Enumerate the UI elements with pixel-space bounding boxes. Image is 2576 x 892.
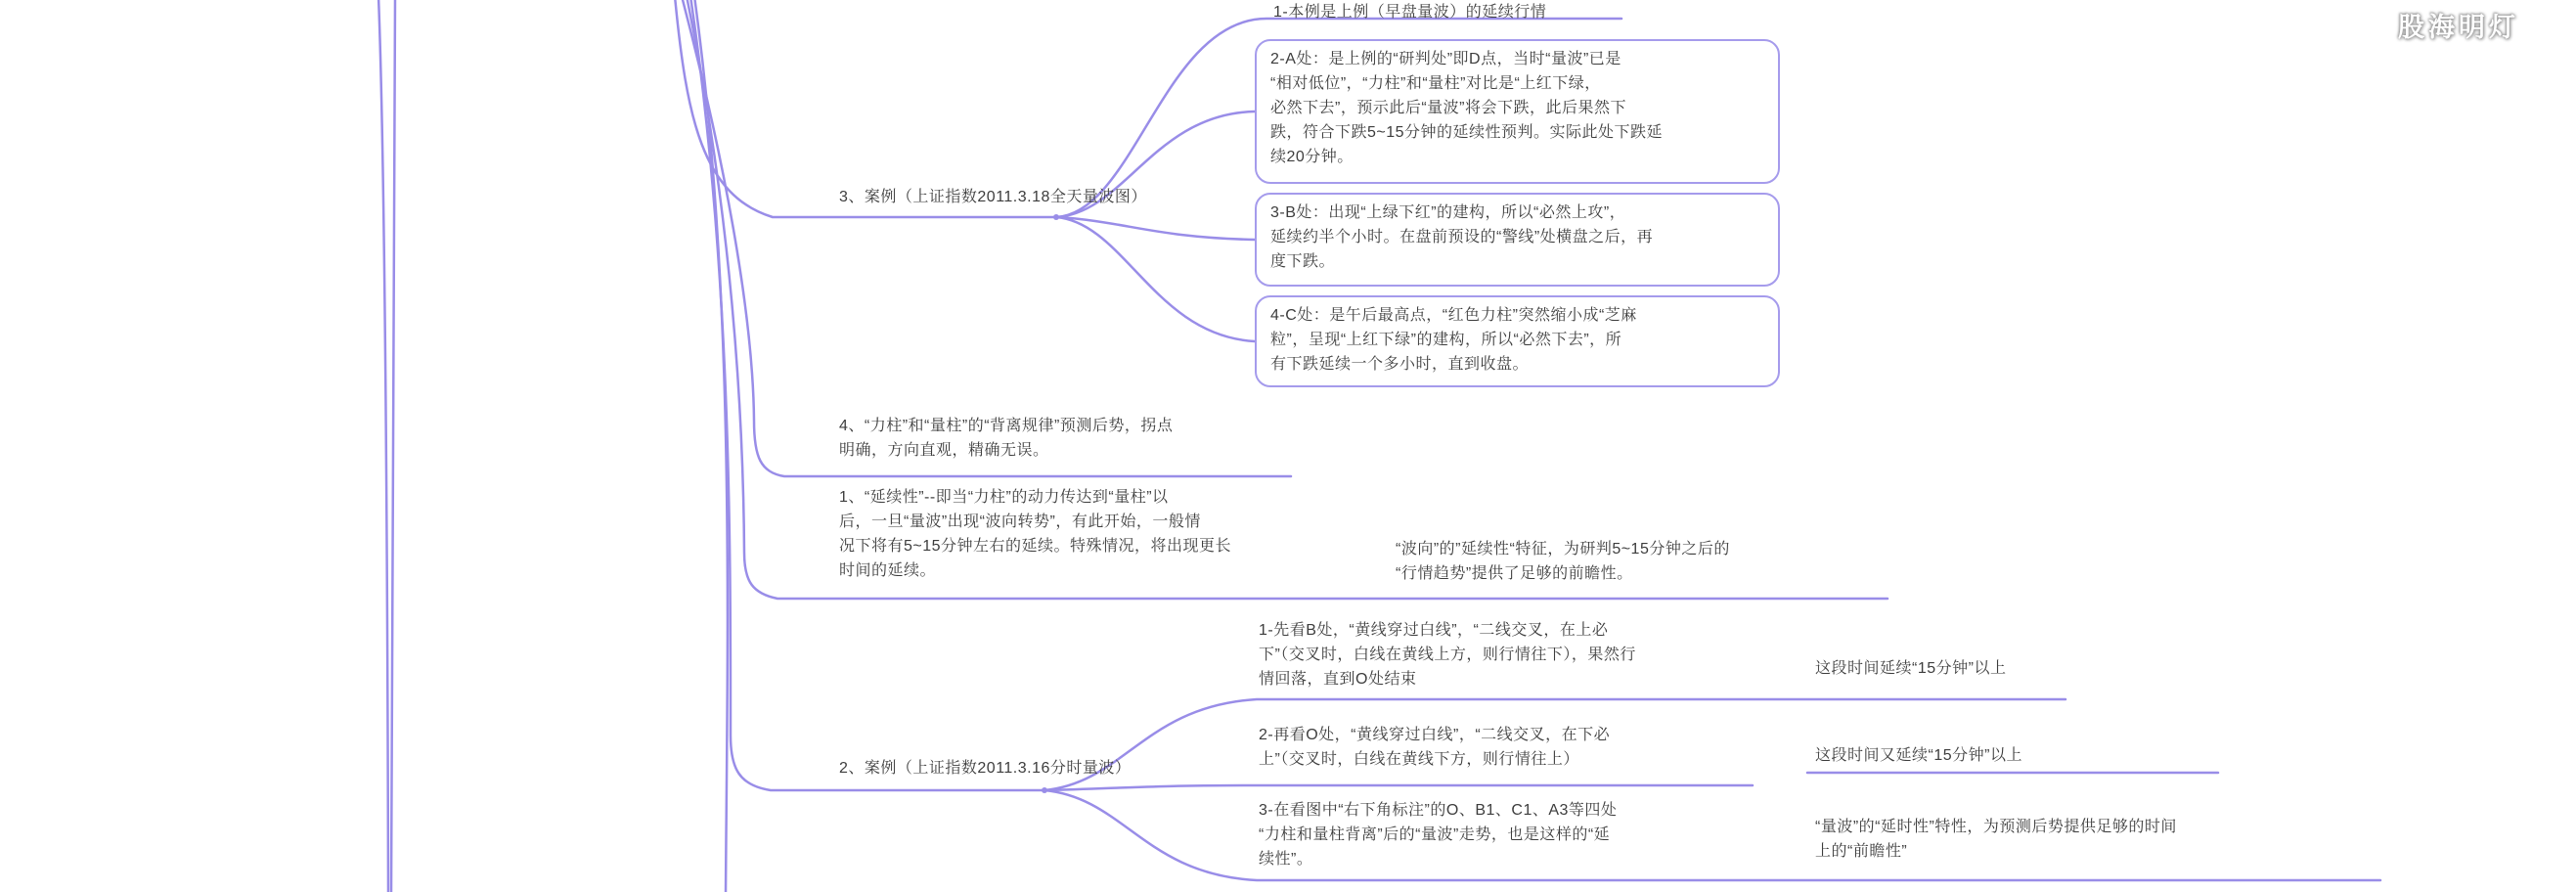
branch-curve-passthrough (694, 0, 728, 892)
note-look-b[interactable]: 1-先看B处，“黄线穿过白线”，“二线交叉，在上必 下”（交叉时，白线在黄线上方… (1259, 618, 1806, 691)
note-duration-1[interactable]: 这段时间延续“15分钟”以上 (1815, 656, 2109, 681)
callout-delay-trait[interactable]: “量波”的“延时性”特性，为预测后势提供足够的时间 上的“前瞻性” (1815, 815, 2343, 864)
curve-to-o-note (1044, 785, 1753, 790)
note-point-b[interactable]: 3-B处：出现“上绿下红”的建构，所以“必然上攻”， 延续约半个小时。在盘前预设… (1270, 201, 1774, 274)
curve-to-note4-bubble (1056, 217, 1255, 341)
note-point-c[interactable]: 4-C处：是午后最高点，“红色力柱”突然缩小成“芝麻 粒”，呈现“上红下绿”的建… (1270, 303, 1774, 377)
trunk-line-left (378, 0, 388, 892)
junction-case318 (1053, 214, 1059, 220)
branch-curve-rule4 (682, 0, 1291, 476)
note-duration-2[interactable]: 这段时间又延续“15分钟”以上 (1815, 743, 2128, 768)
branch-curve-case316 (690, 0, 1044, 790)
topic-case316-title[interactable]: 2、案例（上证指数2011.3.16分时量波） (839, 756, 1269, 780)
topic-continuity-rule[interactable]: 1、“延续性”--即当“力柱”的动力传达到“量柱”以 后，一旦“量波”出现“波向… (839, 485, 1309, 583)
curve-to-note3-bubble (1056, 217, 1255, 240)
callout-wave-direction[interactable]: “波向”的”延续性“特征，为研判5~15分钟之后的 “行情趋势”提供了足够的前瞻… (1396, 537, 1865, 586)
topic-divergence-rule[interactable]: 4、“力柱”和“量柱”的“背离规律”预测后势，拐点 明确，方向直观，精确无误。 (839, 414, 1309, 463)
note-continuation[interactable]: 1-本例是上例（早盘量波）的延续行情 (1273, 0, 1645, 24)
junction-case316 (1042, 787, 1047, 793)
note-point-a[interactable]: 2-A处：是上例的“研判处”即D点，当时“量波”已是 “相对低位”，“力柱”和“… (1270, 47, 1774, 169)
trunk-line-right (391, 0, 395, 892)
note-look-o[interactable]: 2-再看O处，“黄线穿过白线”，“二线交叉，在下必 上”（交叉时，白线在黄线下方… (1259, 723, 1806, 772)
note-corner-labels[interactable]: 3-在看图中“右下角标注”的O、B1、C1、A3等四处 “力柱和量柱背离”后的“… (1259, 798, 1806, 871)
topic-case318-title[interactable]: 3、案例（上证指数2011.3.18全天量波图） (839, 185, 1269, 209)
mindmap-canvas: 3、案例（上证指数2011.3.18全天量波图） 1-本例是上例（早盘量波）的延… (0, 0, 2576, 892)
watermark-logo: 股海明灯 (2398, 6, 2519, 44)
